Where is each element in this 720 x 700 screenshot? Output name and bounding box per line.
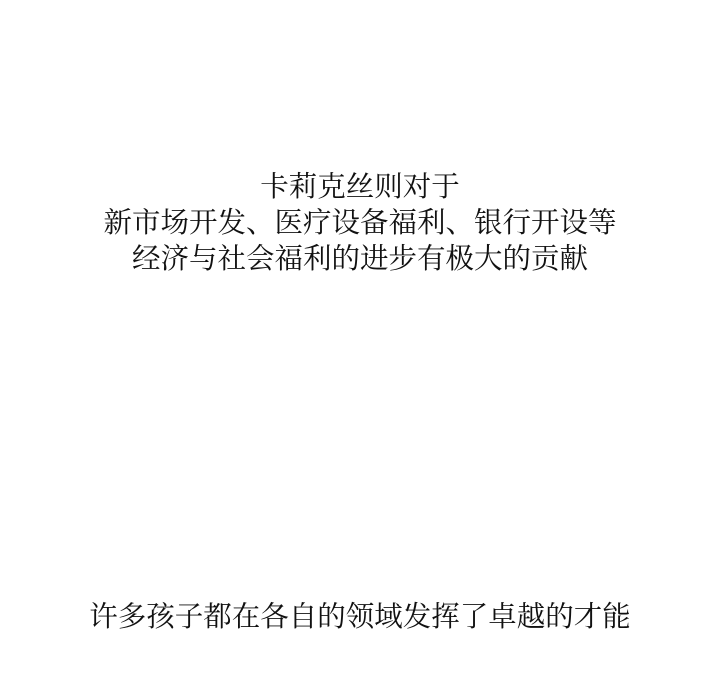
caption-line-2: 新市场开发、医疗设备福利、银行开设等	[0, 205, 720, 241]
top-caption: 卡莉克丝则对于 新市场开发、医疗设备福利、银行开设等 经济与社会福利的进步有极大…	[0, 169, 720, 277]
caption-line-1: 卡莉克丝则对于	[0, 169, 720, 205]
bottom-caption: 许多孩子都在各自的领域发挥了卓越的才能	[0, 599, 720, 635]
bottom-caption-line: 许多孩子都在各自的领域发挥了卓越的才能	[0, 599, 720, 635]
caption-line-3: 经济与社会福利的进步有极大的贡献	[0, 241, 720, 277]
